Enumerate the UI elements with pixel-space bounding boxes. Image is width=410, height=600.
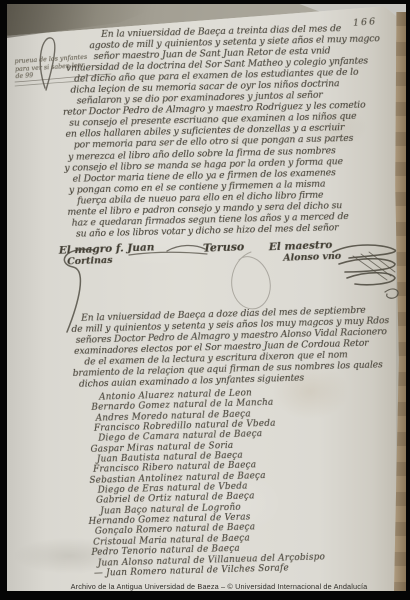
second-act-paragraph: En la vniuersidad de Baeça a doze dias d… xyxy=(71,304,403,390)
signature-right-rubric-icon xyxy=(329,242,401,304)
act-paragraph: En la vniuersidad de Baeça a treinta dia… xyxy=(59,22,404,240)
signature-center-dash-icon xyxy=(165,242,207,254)
manuscript-photo: 166 prueua de los ynfantes para ver si s… xyxy=(7,4,406,591)
archive-caption: Archivo de la Antigua Universidad de Bae… xyxy=(51,582,387,591)
scan-border: 166 prueua de los ynfantes para ver si s… xyxy=(0,0,410,600)
examined-roster: Antonio Aluarez natural de LeonBernardo … xyxy=(85,385,390,579)
